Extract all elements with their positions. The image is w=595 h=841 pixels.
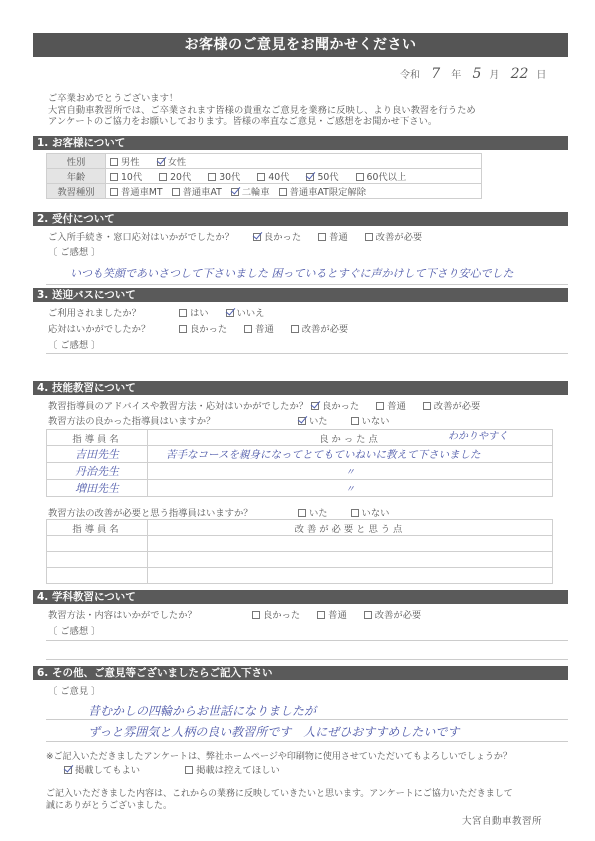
checkbox-icon[interactable] <box>318 233 326 241</box>
section-bus-header: 3. 送迎バスについて <box>33 288 568 302</box>
comment-line <box>46 284 568 285</box>
checkbox-icon[interactable] <box>257 173 265 181</box>
checkbox-icon[interactable] <box>185 766 193 774</box>
date-era: 令和 <box>400 70 420 81</box>
good-point-cell[interactable]: 〃 <box>148 480 553 497</box>
school-signature: 大宮自動車教習所 <box>462 813 542 827</box>
other-comment-line <box>46 719 568 720</box>
skill-q2-question: 教習方法の良かった指導員はいますか？ <box>48 413 295 427</box>
checkbox-checked-icon[interactable] <box>231 188 239 196</box>
classroom-question-row: 教習方法・内容はいかがでしたか？ 良かった 普通 改善が必要 <box>48 607 435 621</box>
improve-instructor-table: 指導員名 改善が必要と思う点 <box>46 519 553 584</box>
skill-q1-question: 教習指導員のアドバイスや教習方法・応対はいかがでしたか？ <box>48 401 308 412</box>
course-at-option[interactable]: 普通車AT <box>172 184 222 198</box>
other-comment-line <box>46 741 568 742</box>
checkbox-icon[interactable] <box>356 173 364 181</box>
date-day-input[interactable]: 22 <box>511 66 529 82</box>
skill-good-option[interactable]: 良かった <box>311 398 359 412</box>
improve-instructor-no-option[interactable]: いない <box>351 505 390 519</box>
gender-male-option[interactable]: 男性 <box>110 154 140 168</box>
checkbox-icon[interactable] <box>298 509 306 517</box>
good-point-cell[interactable]: 苦手なコースを親身になってとてもていねいに教えて下さいました <box>148 446 553 463</box>
section-classroom-header: 4. 学科教習について <box>33 590 568 604</box>
bus-improve-option[interactable]: 改善が必要 <box>291 321 349 335</box>
checkbox-checked-icon[interactable] <box>157 158 165 166</box>
section-customer-header: 1. お客様について <box>33 136 568 150</box>
date-month-label: 月 <box>489 70 499 81</box>
good-instructor-no-option[interactable]: いない <box>351 413 390 427</box>
checkbox-icon[interactable] <box>279 188 287 196</box>
bus-normal-option[interactable]: 普通 <box>244 321 274 335</box>
consent-decline-option[interactable]: 掲載は控えてほしい <box>185 762 280 776</box>
reception-question-row: ご入所手続き・窓口応対はいかがでしたか？ 良かった 普通 改善が必要 <box>48 229 436 243</box>
other-comment-line2[interactable]: ずっと雰囲気と人柄の良い教習所です 人にぜひおすすめしたいです <box>88 723 459 740</box>
table-header-row: 指導員名 改善が必要と思う点 <box>47 520 553 536</box>
checkbox-icon[interactable] <box>423 402 431 410</box>
good-point-cell[interactable]: 〃 <box>148 463 553 480</box>
instructor-name-header: 指導員名 <box>47 520 148 536</box>
improve-instructor-yes-option[interactable]: いた <box>298 505 328 519</box>
other-comment-line1[interactable]: 昔むかしの四輪からお世話になりましたが <box>88 702 316 719</box>
classroom-comment-line[interactable] <box>46 659 568 660</box>
course-mt-option[interactable]: 普通車MT <box>110 184 163 198</box>
classroom-question: 教習方法・内容はいかがでしたか？ <box>48 607 249 621</box>
improve-points-header: 改善が必要と思う点 <box>148 520 553 536</box>
good-points-header: 良かった点わかりやすく <box>148 430 553 446</box>
bus-usage-question: ご利用されましたか？ <box>48 305 176 319</box>
checkbox-icon[interactable] <box>351 417 359 425</box>
instructor-name-header: 指導員名 <box>47 430 148 446</box>
consent-allow-option[interactable]: 掲載してもよい <box>64 762 140 776</box>
checkbox-icon[interactable] <box>179 325 187 333</box>
classroom-comment-line[interactable] <box>46 640 568 641</box>
checkbox-icon[interactable] <box>376 402 384 410</box>
skill-normal-option[interactable]: 普通 <box>376 398 406 412</box>
intro-line: 大宮自動車教習所では、ご卒業されます皆様の貴重なご意見を業務に反映し、より良い教… <box>48 105 568 117</box>
section-reception-header: 2. 受付について <box>33 212 568 226</box>
bus-comment-line[interactable] <box>46 353 568 354</box>
classroom-comment-label: 〔 ご感想 〕 <box>48 623 100 637</box>
checkbox-icon[interactable] <box>364 611 372 619</box>
instructor-name-cell[interactable]: 増田先生 <box>47 480 148 497</box>
course-type-label: 教習種別 <box>47 184 106 199</box>
bus-yes-option[interactable]: はい <box>179 305 209 319</box>
checkbox-icon[interactable] <box>365 233 373 241</box>
reception-good-option[interactable]: 良かった <box>253 229 301 243</box>
instructor-name-cell[interactable]: 吉田先生 <box>47 446 148 463</box>
improve-point-cell[interactable] <box>148 536 553 552</box>
checkbox-icon[interactable] <box>159 173 167 181</box>
skill-q1-row: 教習指導員のアドバイスや教習方法・応対はいかがでしたか？ 良かった 普通 改善が… <box>48 398 494 412</box>
course-at-release-option[interactable]: 普通車AT限定解除 <box>279 184 366 198</box>
checkbox-icon[interactable] <box>172 188 180 196</box>
table-row: 丹治先生 〃 <box>47 463 553 480</box>
checkbox-icon[interactable] <box>208 173 216 181</box>
checkbox-icon[interactable] <box>252 611 260 619</box>
table-header-row: 指導員名 良かった点わかりやすく <box>47 430 553 446</box>
good-points-annotation: わかりやすく <box>448 427 508 442</box>
age-label: 年齢 <box>47 169 106 184</box>
consent-question: ※ご記入いただきましたアンケートは、弊社ホームページや印刷物に使用させていただい… <box>46 749 512 762</box>
good-instructor-table: 指導員名 良かった点わかりやすく 吉田先生 苦手なコースを親身になってとてもてい… <box>46 429 553 497</box>
checkbox-checked-icon[interactable] <box>253 233 261 241</box>
instructor-name-cell[interactable] <box>47 536 148 552</box>
skill-q2-row: 教習方法の良かった指導員はいますか？ いた いない <box>48 413 403 427</box>
skill-q3-row: 教習方法の改善が必要と思う指導員はいますか？ いた いない <box>48 505 403 519</box>
checkbox-icon[interactable] <box>110 173 118 181</box>
checkbox-checked-icon[interactable] <box>64 766 72 774</box>
customer-info-table: 性別 男性 女性 年齢 10代 20代 30代 40代 50代 60代以上 教習… <box>46 153 482 199</box>
checkbox-icon[interactable] <box>317 611 325 619</box>
date-year-input[interactable]: 7 <box>431 66 440 82</box>
reception-normal-option[interactable]: 普通 <box>318 229 348 243</box>
classroom-normal-option[interactable]: 普通 <box>317 607 347 621</box>
age-20s-option[interactable]: 20代 <box>159 169 191 183</box>
checkbox-icon[interactable] <box>351 509 359 517</box>
reception-improve-option[interactable]: 改善が必要 <box>365 229 423 243</box>
improve-point-cell[interactable] <box>148 568 553 584</box>
skill-improve-option[interactable]: 改善が必要 <box>423 398 481 412</box>
table-row <box>47 552 553 568</box>
checkbox-icon[interactable] <box>244 325 252 333</box>
improve-point-cell[interactable] <box>148 552 553 568</box>
reception-comment-label: 〔 ご感想 〕 <box>48 244 100 258</box>
skill-q3-question: 教習方法の改善が必要と思う指導員はいますか？ <box>48 505 295 519</box>
checkbox-icon[interactable] <box>110 188 118 196</box>
age-10s-option[interactable]: 10代 <box>110 169 142 183</box>
classroom-good-option[interactable]: 良かった <box>252 607 300 621</box>
bus-no-option[interactable]: いいえ <box>226 305 265 319</box>
table-row: 増田先生 〃 <box>47 480 553 497</box>
consent-options: 掲載してもよい 掲載は控えてほしい <box>64 762 294 776</box>
intro-text: ご卒業おめでとうございます！ 大宮自動車教習所では、ご卒業されます皆様の貴重なご… <box>48 93 568 128</box>
checkbox-checked-icon[interactable] <box>311 402 319 410</box>
gender-female-option[interactable]: 女性 <box>157 154 187 168</box>
section-skill-header: 4. 技能教習について <box>33 381 568 395</box>
age-60s-option[interactable]: 60代以上 <box>356 169 407 183</box>
table-row <box>47 536 553 552</box>
other-comment-label: 〔 ご意見 〕 <box>48 683 100 697</box>
age-row: 年齢 10代 20代 30代 40代 50代 60代以上 <box>47 169 482 184</box>
intro-line: アンケートのご協力をお願いしております。皆様の率直なご意見・ご感想をお聞かせ下さ… <box>48 116 568 128</box>
checkbox-checked-icon[interactable] <box>298 417 306 425</box>
checkbox-icon[interactable] <box>291 325 299 333</box>
instructor-name-cell[interactable] <box>47 552 148 568</box>
form-title: お客様のご意見をお聞かせください <box>33 33 568 57</box>
instructor-name-cell[interactable] <box>47 568 148 584</box>
gender-label: 性別 <box>47 154 106 169</box>
age-30s-option[interactable]: 30代 <box>208 169 240 183</box>
date-year-label: 年 <box>451 70 461 81</box>
checkbox-checked-icon[interactable] <box>226 309 234 317</box>
bus-comment-label: 〔 ご感想 〕 <box>48 337 100 351</box>
checkbox-icon[interactable] <box>110 158 118 166</box>
age-50s-option[interactable]: 50代 <box>306 169 338 183</box>
date-field: 令和 7 年 5月 22日 <box>400 66 546 82</box>
gender-row: 性別 男性 女性 <box>47 154 482 169</box>
checkbox-icon[interactable] <box>179 309 187 317</box>
age-40s-option[interactable]: 40代 <box>257 169 289 183</box>
date-day-label: 日 <box>536 70 546 81</box>
good-instructor-yes-option[interactable]: いた <box>298 413 328 427</box>
date-month-input[interactable]: 5 <box>472 66 481 82</box>
course-motorcycle-option[interactable]: 二輪車 <box>231 184 270 198</box>
table-row: 吉田先生 苦手なコースを親身になってとてもていねいに教えて下さいました <box>47 446 553 463</box>
bus-service-row: 応対はいかがでしたか？ 良かった 普通 改善が必要 <box>48 321 362 335</box>
instructor-name-cell[interactable]: 丹治先生 <box>47 463 148 480</box>
table-row <box>47 568 553 584</box>
bus-usage-row: ご利用されましたか？ はい いいえ <box>48 305 278 319</box>
bus-service-question: 応対はいかがでしたか？ <box>48 321 176 335</box>
reception-comment-input[interactable]: いつも笑顔であいさつして下さいました 困っているとすぐに声かけして下さり安心でし… <box>70 265 514 281</box>
bus-good-option[interactable]: 良かった <box>179 321 227 335</box>
classroom-improve-option[interactable]: 改善が必要 <box>364 607 422 621</box>
intro-line: ご卒業おめでとうございます！ <box>48 93 568 105</box>
closing-line2: 誠にありがとうございました。 <box>46 798 172 811</box>
checkbox-checked-icon[interactable] <box>306 173 314 181</box>
section-other-header: 6. その他、ご意見等ございましたらご記入下さい <box>33 666 568 680</box>
course-type-row: 教習種別 普通車MT 普通車AT 二輪車 普通車AT限定解除 <box>47 184 482 199</box>
reception-question: ご入所手続き・窓口応対はいかがでしたか？ <box>48 232 234 243</box>
